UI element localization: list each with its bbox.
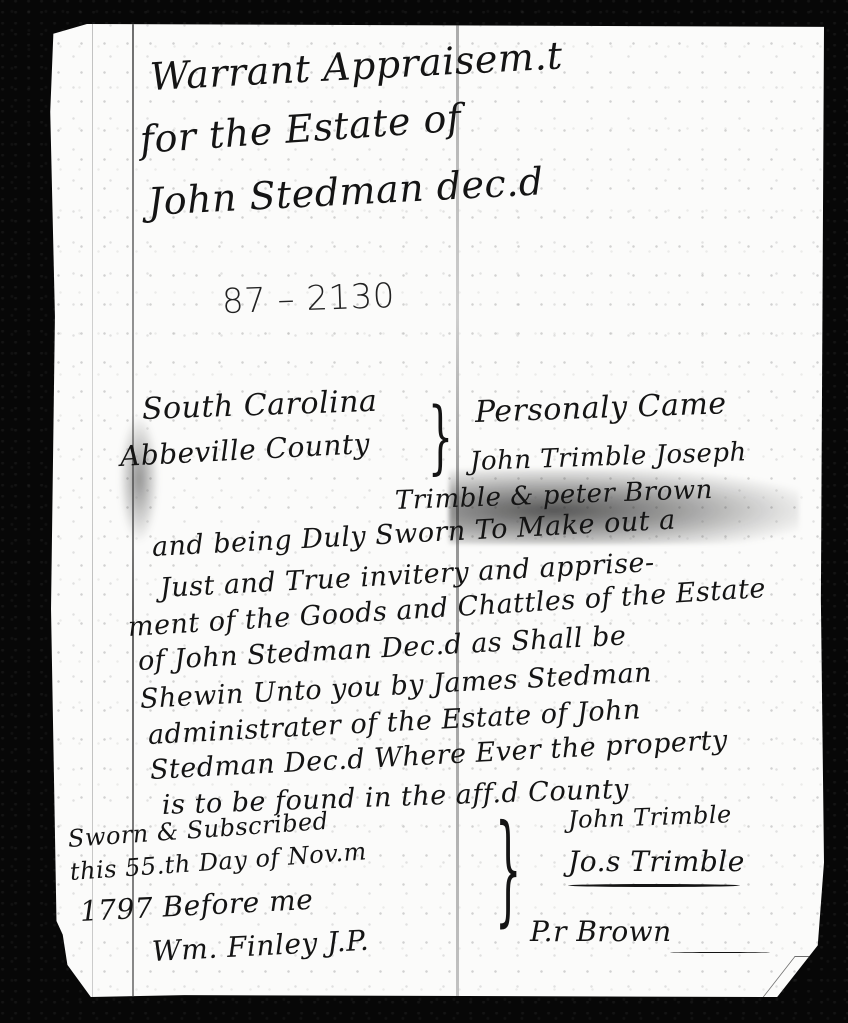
signature-peter-brown: P.r Brown: [530, 915, 672, 948]
fold-line-outer: [92, 24, 93, 999]
signature-flourish: [670, 952, 770, 953]
file-number: 87 – 2130: [221, 276, 395, 322]
signature-underline: [568, 884, 740, 887]
venue-brace: }: [428, 390, 453, 483]
signature-john-trimble: John Trimble: [568, 800, 733, 834]
margin-stain: [119, 414, 159, 544]
signature-joseph-trimble: Jo.s Trimble: [568, 845, 745, 878]
jurat-brace: }: [495, 800, 522, 939]
